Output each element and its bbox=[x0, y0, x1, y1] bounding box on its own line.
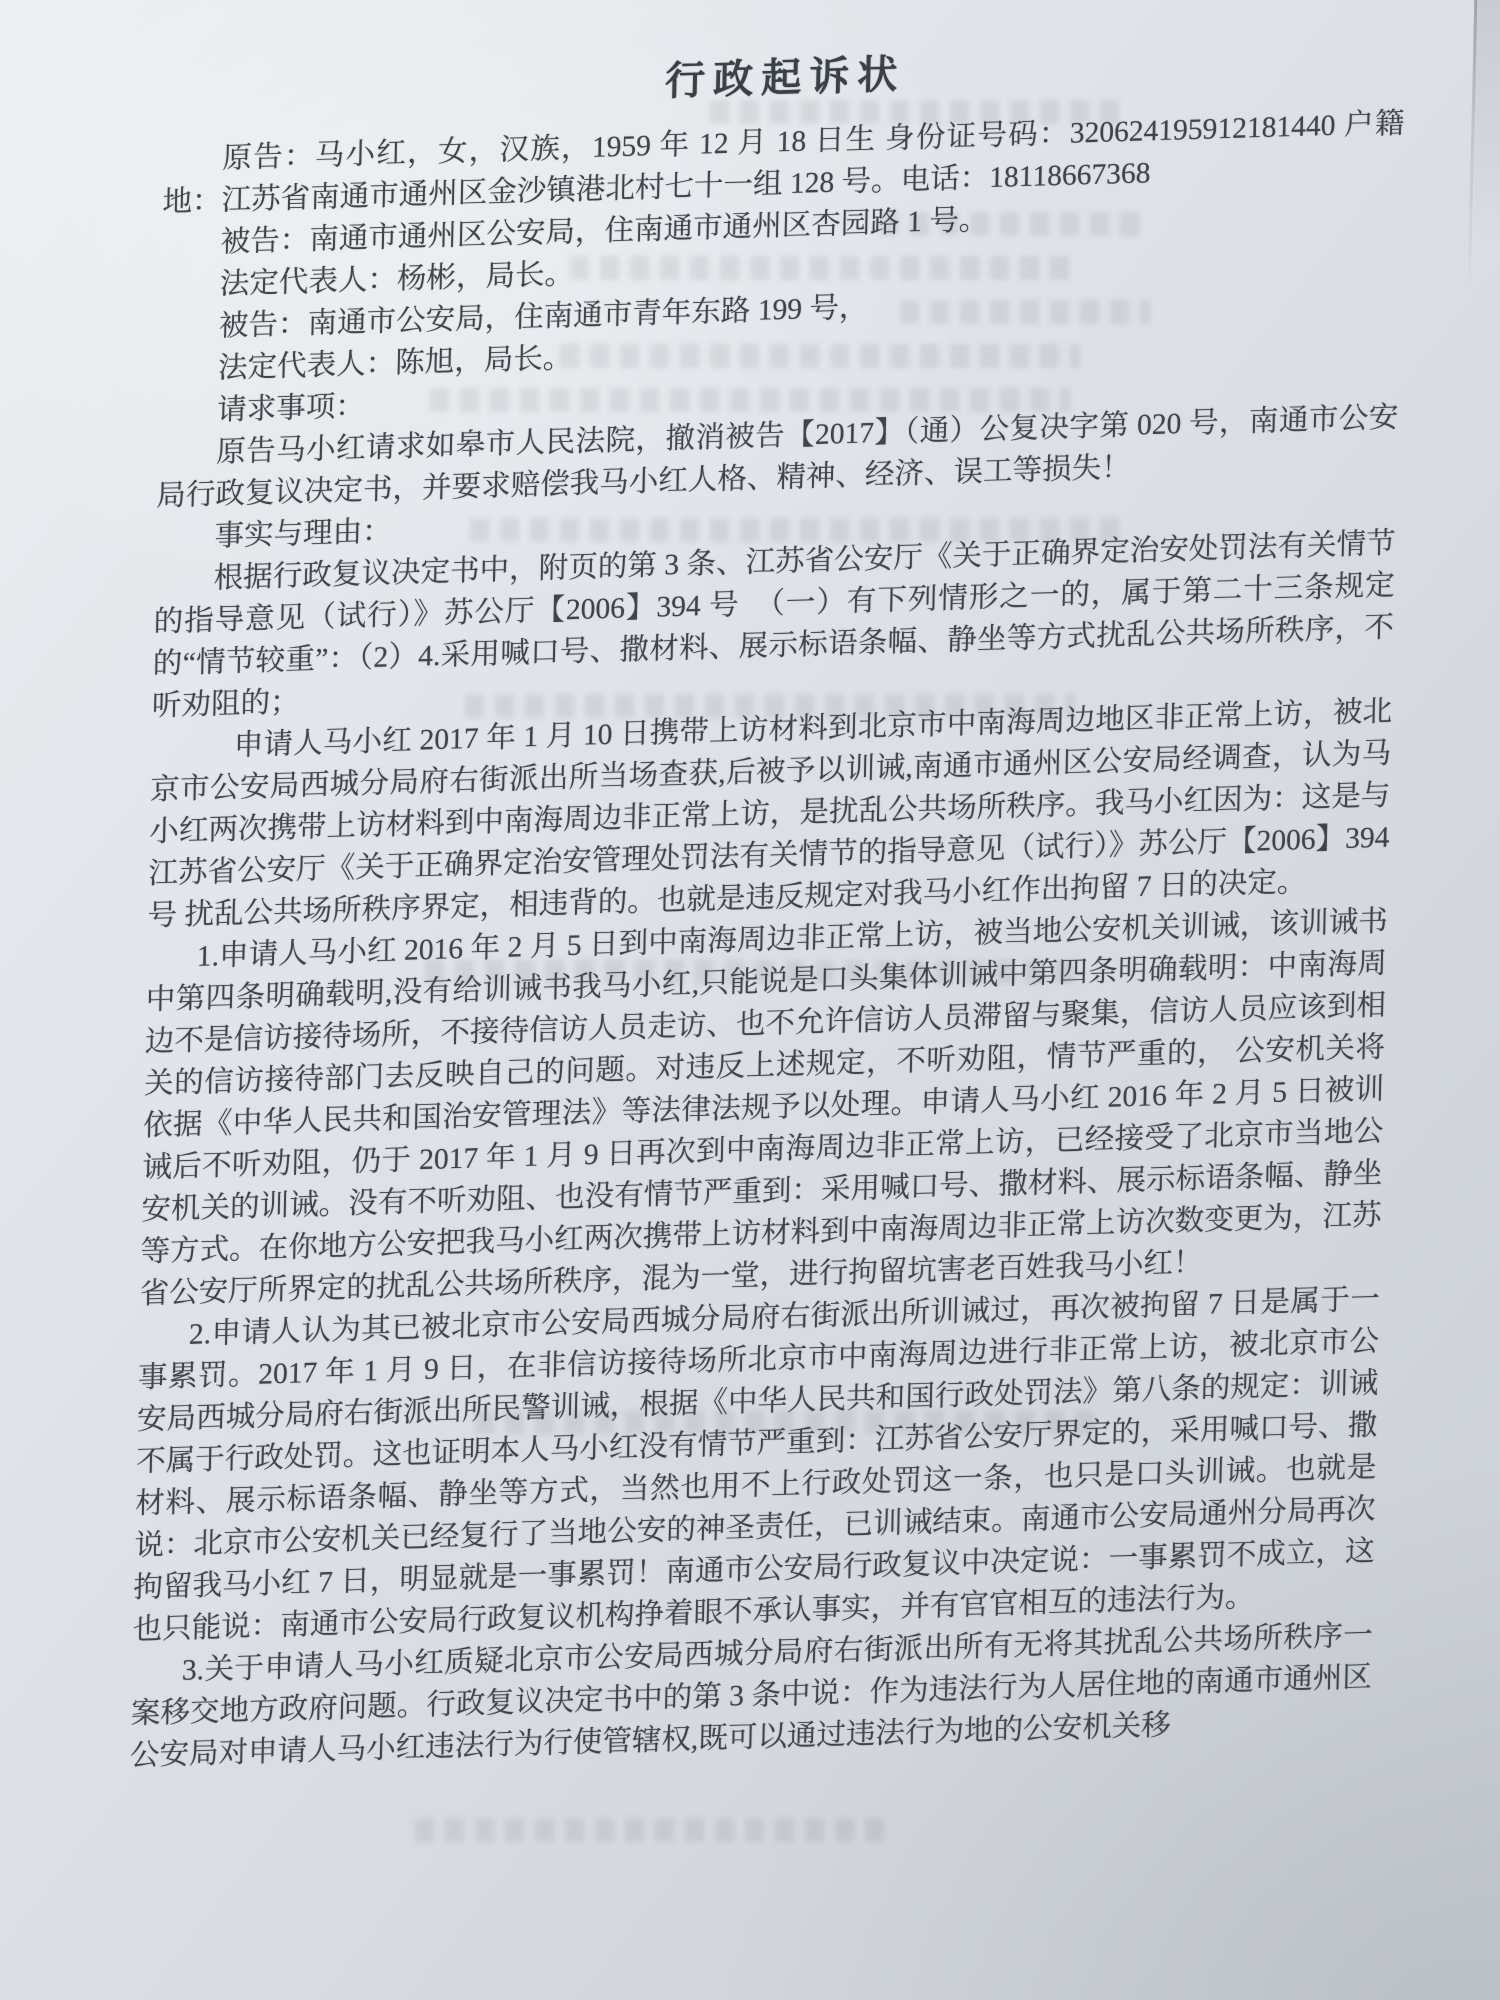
argument-2-paragraph: 2.申请人认为其已被北京市公安局西城分局府右街派出所训诫过，再次被拘留 7 日是… bbox=[132, 1278, 1380, 1651]
bleed-through-smudge bbox=[415, 1818, 895, 1842]
document-page: 行政起诉状 原告：马小红，女，汉族，1959 年 12 月 18 日生 身份证号… bbox=[130, 28, 1407, 1777]
argument-1-paragraph: 1.申请人马小红 2016 年 2 月 5 日到中南海周边非正常上访，被当地公安… bbox=[139, 901, 1388, 1316]
desk-background-strip bbox=[1474, 0, 1500, 240]
photographed-document: { "document": { "title": "行政起诉状", "parag… bbox=[0, 0, 1500, 2000]
incident-description-paragraph: 申请人马小红 2017 年 1 月 10 日携带上访材料到北京市中南海周边地区非… bbox=[147, 691, 1392, 938]
